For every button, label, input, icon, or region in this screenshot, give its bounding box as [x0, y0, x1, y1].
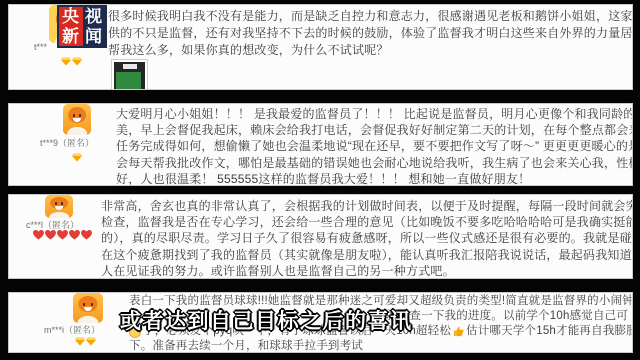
diamond-icon [72, 153, 82, 162]
review-text: 很多时候我明白我不没有是能力，而是缺乏自控力和意志力，很感谢遇见老板和鹅饼小姐姐… [108, 8, 633, 59]
review-text-line: 帮我这么多，如果你真的想改变，为什么不试试呢？ [108, 42, 633, 59]
rating-icons [75, 337, 96, 346]
rating-icons [33, 230, 92, 240]
review-text-line: 供的不只是监督，还有对我坚持不下去的时候的鼓励，体验了监督我才明白这些来自外界的… [108, 25, 633, 42]
review-text-line: 的），真的尽职尽责。学习日子久了很容易有疲惫感呀，所以一些仪式感还是很有必要的。… [101, 230, 633, 246]
review-text-line: 大爱明月心小姐姐！！！ 是我最爱的监督员了！！！ 比起说是监督员，明月心更像个和… [116, 106, 633, 122]
review-text-line: 美，早上会督促我起床，赖床会给我打电话，会督促我好好制定第二天的计划，在每个整点… [116, 122, 633, 138]
heart-icon [69, 230, 80, 240]
diamond-icon [75, 337, 85, 346]
diamond-icon [61, 57, 71, 66]
review-text-line: 很多时候我明白我不没有是能力，而是缺乏自控力和意志力，很感谢遇见老板和鹅饼小姐姐… [108, 8, 633, 25]
video-frame: t*** 很多时候我明白我不没有是能力，而是缺乏自控力和意志力，很感谢遇见老板和… [0, 0, 640, 360]
review-text-line: 任务完成得如何，想偷懒了她也会温柔地说“现在还早，要不要把作文写了呀～” 更更更… [116, 138, 633, 154]
rating-icons [61, 57, 82, 66]
review-text-line: 非常高，舍玄也真的非常认真了，会根据我的计划做时间表，以便于及时提醒，每隔一段时… [101, 198, 633, 214]
thumbs-up-icon [453, 326, 464, 337]
heart-icon [45, 230, 56, 240]
review-text-line: 好，人也很温柔！ 555555这样的监督员我大爱！！！ 想和她一直做好朋友！ [116, 171, 633, 186]
review-card-2: t***9（匿名） 大爱明月心小姐姐！！！ 是我最爱的监督员了！！！ 比起说是监… [8, 103, 633, 186]
heart-icon [81, 230, 92, 240]
heart-icon [33, 230, 44, 240]
review-text: 非常高，舍玄也真的非常认真了，会根据我的计划做时间表，以便于及时提醒，每隔一段时… [101, 198, 633, 279]
username: t***9（匿名） [40, 136, 94, 149]
heart-icon [57, 230, 68, 240]
avatar [45, 195, 73, 218]
logo-char: 央 [62, 8, 79, 25]
logo-char: 视 [85, 8, 102, 25]
rating-icons [72, 153, 82, 162]
review-card-3: c***l（匿名） 非常高，舍玄也真的非常认真了，会根据我的计划做时间表，以便于… [8, 194, 633, 279]
username: m***i（匿名） [44, 323, 100, 336]
avatar [63, 104, 91, 135]
avatar [73, 293, 103, 323]
review-text-line: 检查，监督我是否在专心学习，还会给一些合理的意见（比如晚饭不要多吃哈哈哈哈可是我… [101, 214, 633, 230]
review-text: 大爱明月心小姐姐！！！ 是我最爱的监督员了！！！ 比起说是监督员，明月心更像个和… [116, 106, 633, 186]
review-text-line: 人在见证我的努力。或许监督别人也是监督自己的另一种方式吧。 [101, 263, 633, 279]
subtitle-caption: 或者达到自己目标之后的喜讯 [120, 305, 413, 335]
review-text-line: 会每天帮我批改作文，哪怕是最基础的错误她也会耐心地说给我听，我生病了也会来关心我… [116, 155, 633, 171]
username: t*** [34, 42, 47, 52]
diamond-icon [72, 57, 82, 66]
logo-char: 闻 [85, 28, 102, 45]
review-text-line: 下。准备再去续一个月，和球球手拉手到考试 [129, 339, 633, 353]
logo-char: 新 [62, 28, 79, 45]
review-text-fragment: 估计哪天学个15h才能再自我膨胀一 [466, 324, 633, 339]
diamond-icon [86, 337, 96, 346]
review-text-line: 在这个疲惫期找到了我的监督员（其实就像是朋友啦），能认真听我汇报陪我说说话，最起… [101, 247, 633, 263]
attachment-thumbnail [111, 59, 148, 90]
cctv-news-logo: 央 视 新 闻 [57, 5, 107, 48]
